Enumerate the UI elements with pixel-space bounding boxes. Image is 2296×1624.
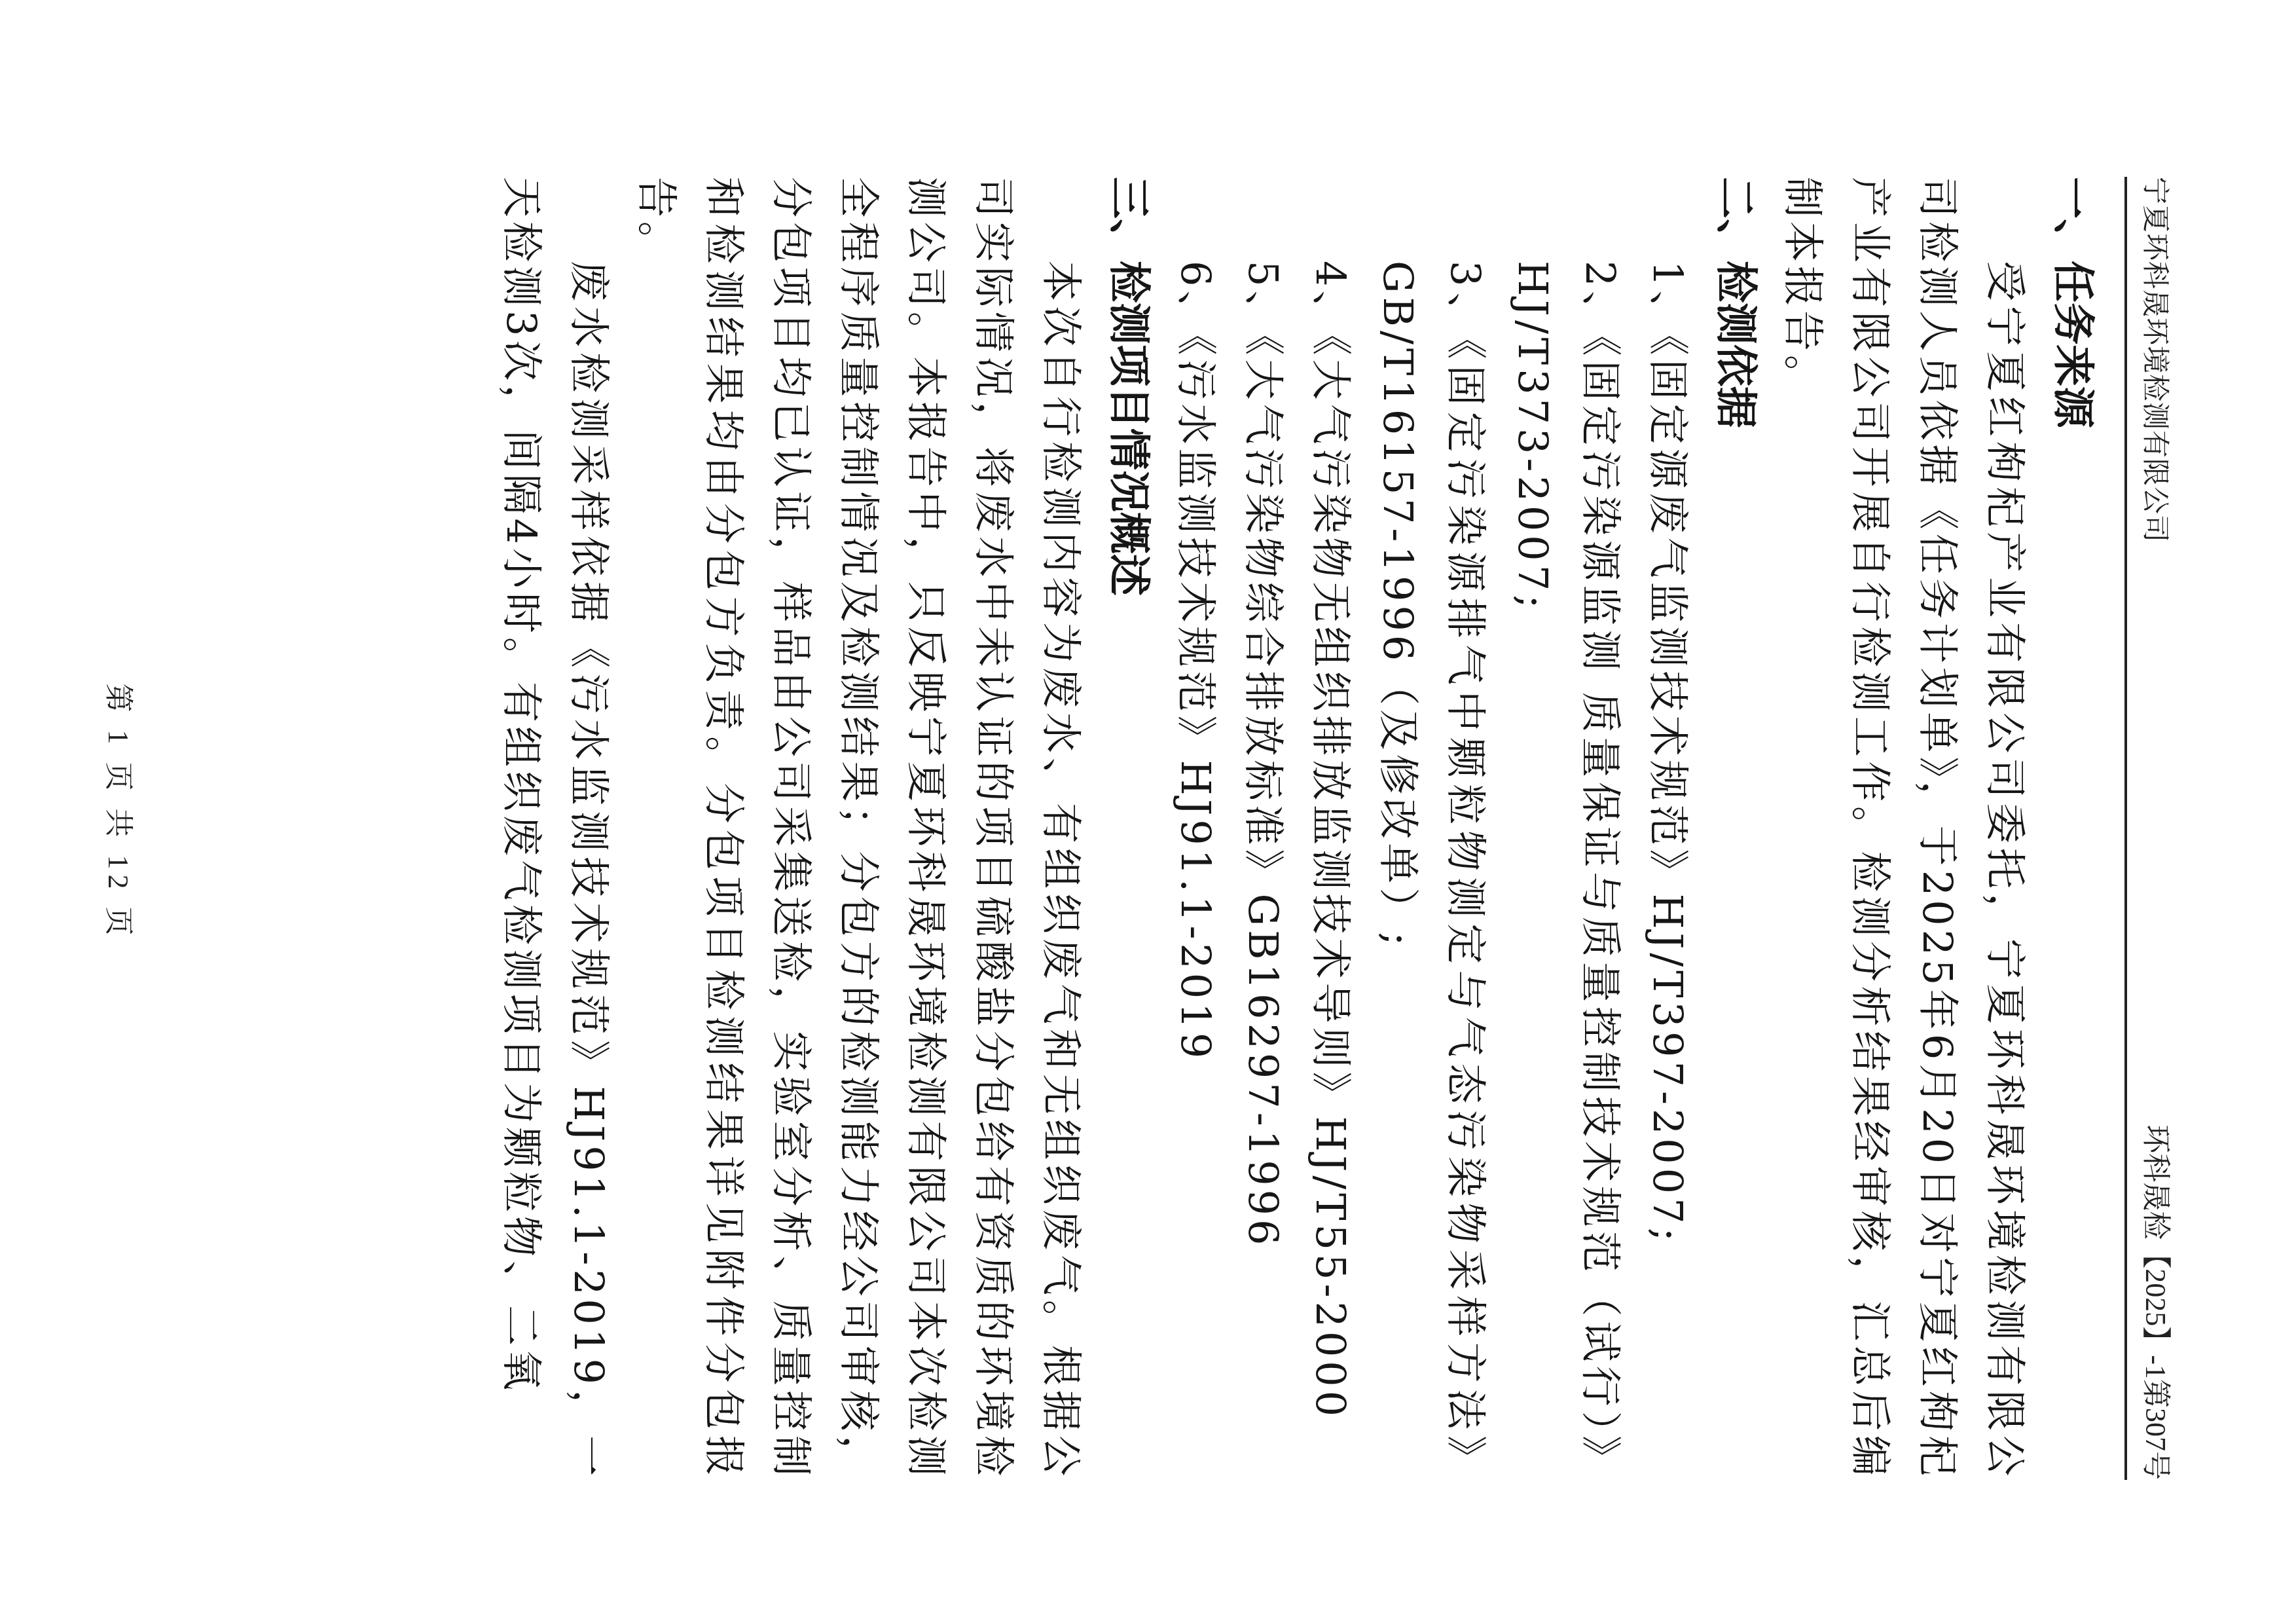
section-heading: 三、检测项目情况概述 [1095, 177, 1162, 1480]
basis-item: 3、《固定污染源排气中颗粒物测定与气态污染物采样方法》GB/T16157-199… [1364, 177, 1499, 1480]
basis-item: 4、《大气污染物无组织排放监测技术导则》HJ/T55-2000 [1297, 177, 1364, 1480]
header-rule [2124, 177, 2127, 1480]
basis-item: 2、《固定污染源监测 质量保证与质量控制技术规范（试行）》HJ/T373-200… [1499, 177, 1634, 1480]
basis-item: 6、《污水监测技术规范》HJ91.1-2019 [1162, 177, 1230, 1480]
document-page: 宁夏环科晟环境检测有限公司 环科晟检【2025】-1第307号 一、任务来源 受… [0, 0, 2296, 1624]
section-heading: 二、检测依据 [1702, 177, 1769, 1480]
section-basis: 二、检测依据 1、《固定源废气监测技术规范》HJ/T397-2007; 2、《固… [1162, 177, 1769, 1480]
basis-item: 1、《固定源废气监测技术规范》HJ/T397-2007; [1634, 177, 1702, 1480]
company-name: 宁夏环科晟环境检测有限公司 [2138, 177, 2177, 543]
report-number: 环科晟检【2025】-1第307号 [2138, 1124, 2179, 1480]
section-heading: 一、任务来源 [2039, 177, 2106, 1480]
paragraph: 废水检测采样依据《污水监测技术规范》HJ91.1-2019，一天检测3次，间隔4… [488, 177, 623, 1480]
basis-item: 5、《大气污染物综合排放标准》GB16297-1996 [1230, 177, 1297, 1480]
section-overview: 三、检测项目情况概述 本次自行检测内容为废水、有组织废气和无组织废气。根据公司实… [488, 177, 1162, 1480]
paragraph: 本次自行检测内容为废水、有组织废气和无组织废气。根据公司实际情况，将废水中未认证… [623, 177, 1095, 1480]
paragraph: 受宁夏红枸杞产业有限公司委托，宁夏环科晟环境检测有限公司检测人员依据《任务计划单… [1769, 177, 2039, 1480]
section-task-source: 一、任务来源 受宁夏红枸杞产业有限公司委托，宁夏环科晟环境检测有限公司检测人员依… [1769, 177, 2106, 1480]
page-number: 第 1 页 共 12 页 [100, 0, 142, 1624]
page-header: 宁夏环科晟环境检测有限公司 环科晟检【2025】-1第307号 [2128, 177, 2198, 1480]
document-body: 一、任务来源 受宁夏红枸杞产业有限公司委托，宁夏环科晟环境检测有限公司检测人员依… [488, 177, 2106, 1480]
